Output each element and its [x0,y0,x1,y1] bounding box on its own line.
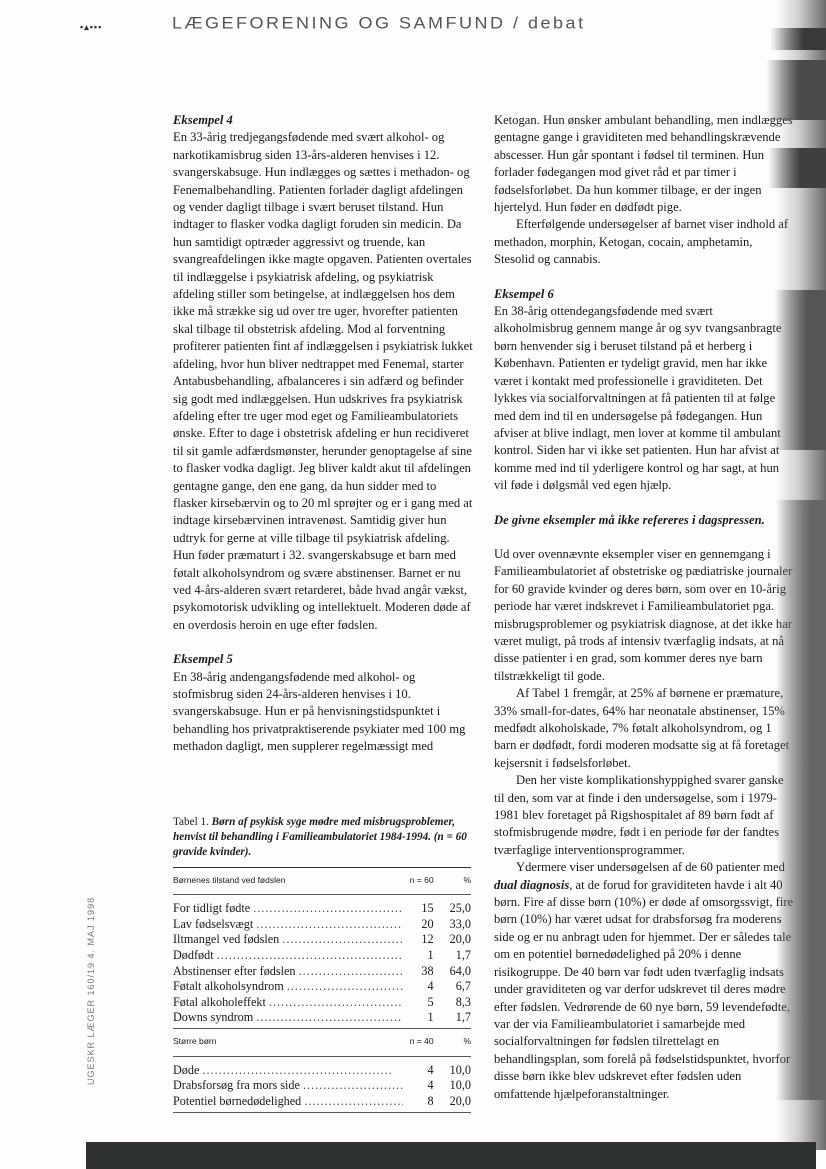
table-section-header: Børnenes tilstand ved fødslen n = 60 % [173,867,471,895]
example4-heading: Eksempel 4 [173,112,473,129]
section1-n-header: n = 60 [403,867,438,895]
table-row: For tidligt fødte ......................… [173,895,471,917]
body-paragraph-2: Af Tabel 1 fremgår, at 25% af børnene er… [494,685,794,772]
left-column: Eksempel 4 En 33-årig tredjegangsfødende… [173,112,473,756]
scan-edge-shadow [776,500,826,1100]
example6-text: En 38-årig ottendegangsfødende med svært… [494,303,794,494]
page-number-mark: ▪▴▪▪▪ [80,22,102,33]
example5-text: En 38-årig andengangsfødende med alkohol… [173,669,473,756]
section2-header: Større børn [173,1028,403,1056]
dual-diagnosis-term: dual diagnosis [494,878,569,892]
table-row: Downs syndrom ..........................… [173,1010,471,1028]
running-head: LÆGEFORENING OG SAMFUND / debat [172,14,586,33]
example5-findings: Efterfølgende undersøgelser af barnet vi… [494,216,794,268]
table-caption-prefix: Tabel 1. [173,816,209,828]
scan-footer-bar [86,1142,816,1169]
body-paragraph-4: Ydermere viser undersøgelsen af de 60 pa… [494,859,794,1103]
right-column: Ketogan. Hun ønsker ambulant behandling,… [494,112,794,1103]
data-table: Børnenes tilstand ved fødslen n = 60 % F… [173,867,471,1114]
section1-pct-header: % [438,867,471,895]
scan-edge-shadow [768,148,826,188]
section2-n-header: n = 40 [403,1028,438,1056]
example5-heading: Eksempel 5 [173,651,473,668]
body-paragraph-3: Den her viste komplikationshyppighed sva… [494,772,794,859]
table-row: Dødfødt ................................… [173,948,471,964]
section2-pct-header: % [438,1028,471,1056]
table-row: Abstinenser efter fødslen ..............… [173,964,471,980]
press-note: De givne eksempler må ikke refereres i d… [494,512,794,529]
example4-text: En 33-årig tredjegangsfødende med svært … [173,129,473,634]
table-1: Tabel 1. Børn af psykisk syge mødre med … [173,815,471,1113]
journal-citation: UGESKR LÆGER 160/19 4. MAJ 1998 [86,897,96,1085]
scan-edge-shadow [766,60,826,120]
section1-header: Børnenes tilstand ved fødslen [173,867,403,895]
scan-edge-shadow [770,28,826,50]
table-row: Døde ...................................… [173,1056,471,1078]
scan-edge-shadow [774,290,826,450]
table-row: Føtalt alkoholsyndrom ..................… [173,979,471,995]
table-section-header: Større børn n = 40 % [173,1028,471,1056]
example6-heading: Eksempel 6 [494,286,794,303]
table-caption-title: Børn af psykisk syge mødre med misbrugsp… [173,816,467,858]
table-row: Føtal alkoholeffekt ....................… [173,995,471,1011]
table-row: Potentiel børnedødelighed ..............… [173,1094,471,1113]
table-caption: Tabel 1. Børn af psykisk syge mødre med … [173,815,471,861]
table-row: Iltmangel ved fødslen ..................… [173,932,471,948]
example5-continuation: Ketogan. Hun ønsker ambulant behandling,… [494,112,794,216]
table-row: Drabsforsøg fra mors side ..............… [173,1078,471,1094]
table-row: Lav fødselsvægt ........................… [173,917,471,933]
body-paragraph-1: Ud over ovennævnte eksempler viser en ge… [494,546,794,685]
